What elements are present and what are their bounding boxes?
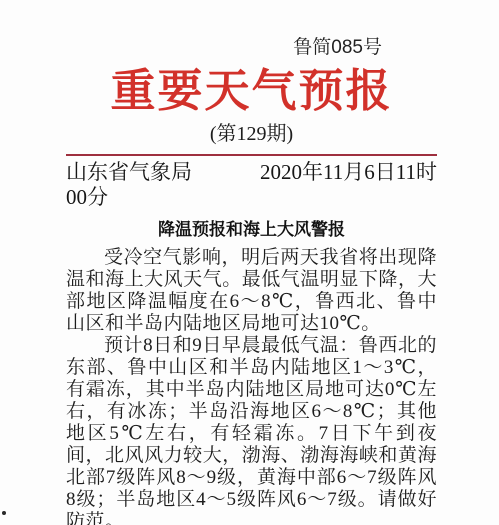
- red-divider-rule: [66, 154, 437, 156]
- bulletin-body: 受冷空气影响，明后两天我省将出现降温和海上大风天气。最低气温明显下降，大部地区降…: [66, 247, 437, 525]
- ink-speck-artifact: [2, 511, 6, 515]
- weather-bulletin-document: 鲁简085号 重要天气预报 (第129期) 山东省气象局 2020年11月6日1…: [0, 0, 499, 525]
- paragraph-cooling-forecast: 受冷空气影响，明后两天我省将出现降温和海上大风天气。最低气温明显下降，大部地区降…: [66, 247, 437, 335]
- paragraph-temperature-wind-details: 预计8日和9日早晨最低气温：鲁西北的东部、鲁中山区和半岛内陆地区1～3℃，有霜冻…: [66, 335, 437, 525]
- bulletin-title: 重要天气预报: [66, 66, 437, 116]
- agency-name: 山东省气象局: [66, 159, 192, 185]
- issue-datetime-wrap: 00分: [66, 185, 437, 210]
- document-number: 鲁简085号: [66, 36, 437, 60]
- issue-number: (第129期): [66, 121, 437, 147]
- issue-datetime: 2020年11月6日11时: [260, 159, 437, 185]
- agency-datetime-row: 山东省气象局 2020年11月6日11时: [66, 159, 437, 185]
- bulletin-subtitle: 降温预报和海上大风警报: [66, 219, 437, 241]
